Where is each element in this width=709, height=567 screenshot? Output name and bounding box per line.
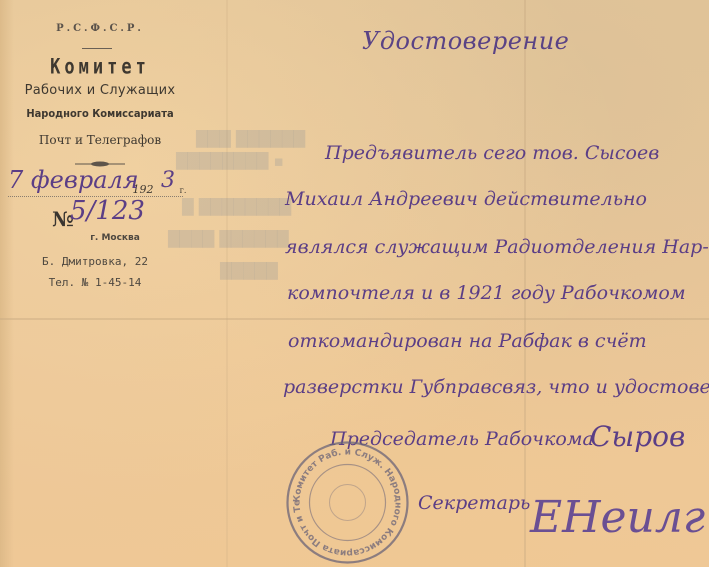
fold-line: [0, 318, 709, 320]
chairman-signature: Сыров: [590, 420, 685, 453]
document-title: Удостоверение: [362, 27, 569, 55]
letterhead-rule: [82, 48, 112, 49]
body-line: откомандирован на Рабфак в счёт: [288, 330, 647, 352]
letterhead-republic: Р.С.Ф.С.Р.: [40, 23, 160, 34]
letterhead-street: Б. Дмитровка, 22: [30, 255, 160, 268]
bleed-through-text: █████: [220, 262, 278, 280]
bleed-through-text: █ ████████: [182, 198, 291, 216]
handwritten-year-digit: 3: [161, 168, 175, 193]
letterhead-city: г. Москва: [70, 233, 160, 243]
letterhead-post: Почт и Телеграфов: [20, 133, 180, 147]
secretary-label: Секретарь: [418, 492, 530, 514]
letterhead-commissariat: Народного Комиссариата: [20, 107, 180, 120]
bleed-through-text: ████ ██████: [168, 230, 289, 248]
bleed-through-text: ███ ██████: [196, 130, 305, 148]
letterhead-workers: Рабочих и Служащих: [0, 83, 200, 98]
body-line: разверстки Губправсвяз, что и удостоверя…: [283, 376, 709, 398]
year-suffix: г.: [177, 186, 189, 195]
letterhead-committee: Комитет: [20, 55, 180, 80]
body-line: являлся служащим Радиотделения Нар-: [285, 236, 709, 258]
bleed-through-text: ████████ ▪: [176, 152, 284, 170]
handwritten-date: 7 февраля: [8, 166, 139, 194]
body-line: Предъявитель сего тов. Сысоев: [325, 142, 659, 164]
handwritten-document-number: 5/123: [70, 196, 145, 226]
letterhead-phone: Тел. № 1-45-14: [40, 276, 150, 289]
body-line: компочтеля и в 1921 году Рабочкомом: [287, 282, 686, 304]
fold-line: [226, 0, 228, 567]
secretary-signature: ЕНеилг: [530, 492, 705, 543]
official-stamp: Комитет Раб. и Служ. Народного Комиссари…: [285, 440, 410, 565]
body-line: Михаил Андреевич действительно: [285, 188, 647, 210]
